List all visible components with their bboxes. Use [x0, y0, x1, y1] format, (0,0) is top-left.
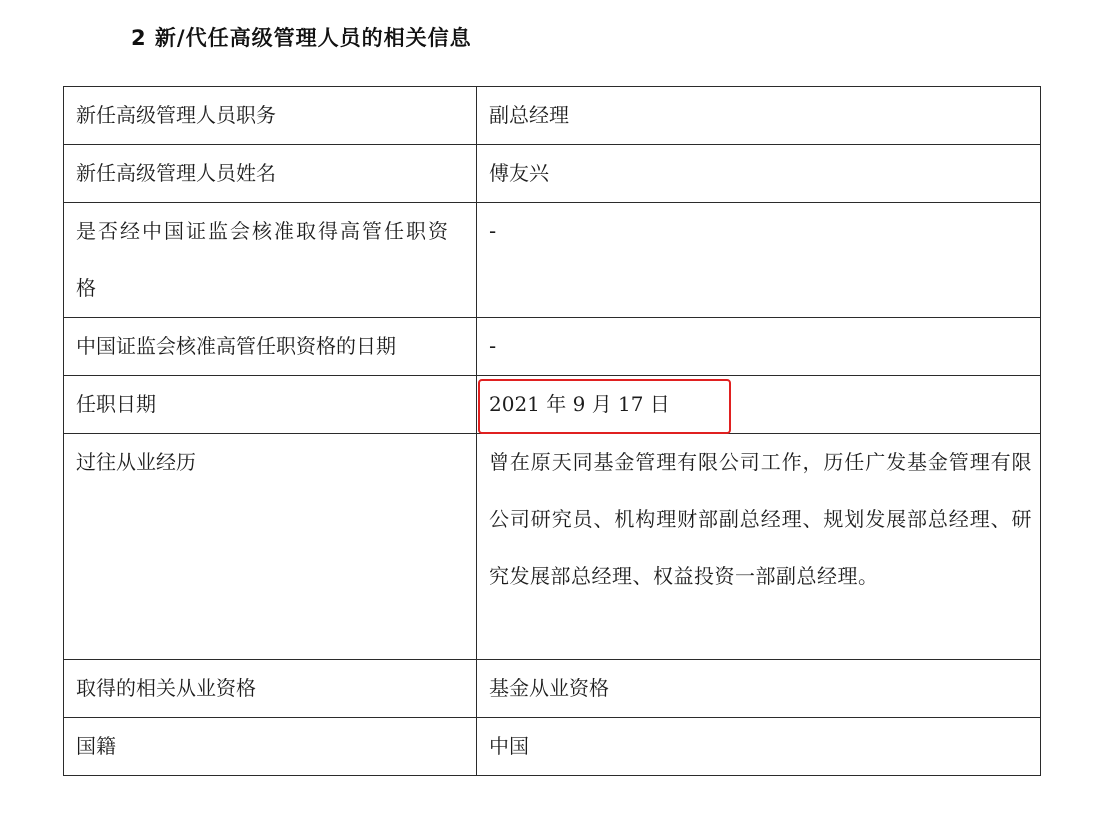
- table-row: 取得的相关从业资格 基金从业资格: [64, 660, 1041, 718]
- row-value-csrc-approval: -: [477, 203, 1041, 318]
- row-label-experience: 过往从业经历: [64, 434, 477, 660]
- table-row: 过往从业经历 曾在原天同基金管理有限公司工作，历任广发基金管理有限公司研究员、机…: [64, 434, 1041, 660]
- table-row: 新任高级管理人员职务 副总经理: [64, 87, 1041, 145]
- row-value-nationality: 中国: [477, 718, 1041, 776]
- row-label-name: 新任高级管理人员姓名: [64, 145, 477, 203]
- row-value-name: 傅友兴: [477, 145, 1041, 203]
- row-label-qualification: 取得的相关从业资格: [64, 660, 477, 718]
- table-row: 任职日期 2021 年 9 月 17 日: [64, 376, 1041, 434]
- table-row: 新任高级管理人员姓名 傅友兴: [64, 145, 1041, 203]
- start-date-text: 2021 年 9 月 17 日: [489, 392, 670, 416]
- row-label-position: 新任高级管理人员职务: [64, 87, 477, 145]
- row-label-csrc-approval: 是否经中国证监会核准取得高管任职资格: [64, 203, 477, 318]
- row-value-start-date: 2021 年 9 月 17 日: [477, 376, 1041, 434]
- table-row: 国籍 中国: [64, 718, 1041, 776]
- table-row: 中国证监会核准高管任职资格的日期 -: [64, 318, 1041, 376]
- row-label-start-date: 任职日期: [64, 376, 477, 434]
- row-label-approval-date: 中国证监会核准高管任职资格的日期: [64, 318, 477, 376]
- row-value-qualification: 基金从业资格: [477, 660, 1041, 718]
- table-row: 是否经中国证监会核准取得高管任职资格 -: [64, 203, 1041, 318]
- row-label-nationality: 国籍: [64, 718, 477, 776]
- row-value-approval-date: -: [477, 318, 1041, 376]
- manager-info-table: 新任高级管理人员职务 副总经理 新任高级管理人员姓名 傅友兴 是否经中国证监会核…: [63, 86, 1041, 776]
- row-value-experience: 曾在原天同基金管理有限公司工作，历任广发基金管理有限公司研究员、机构理财部副总经…: [477, 434, 1041, 660]
- row-value-position: 副总经理: [477, 87, 1041, 145]
- section-heading: 2 新/代任高级管理人员的相关信息: [131, 22, 472, 52]
